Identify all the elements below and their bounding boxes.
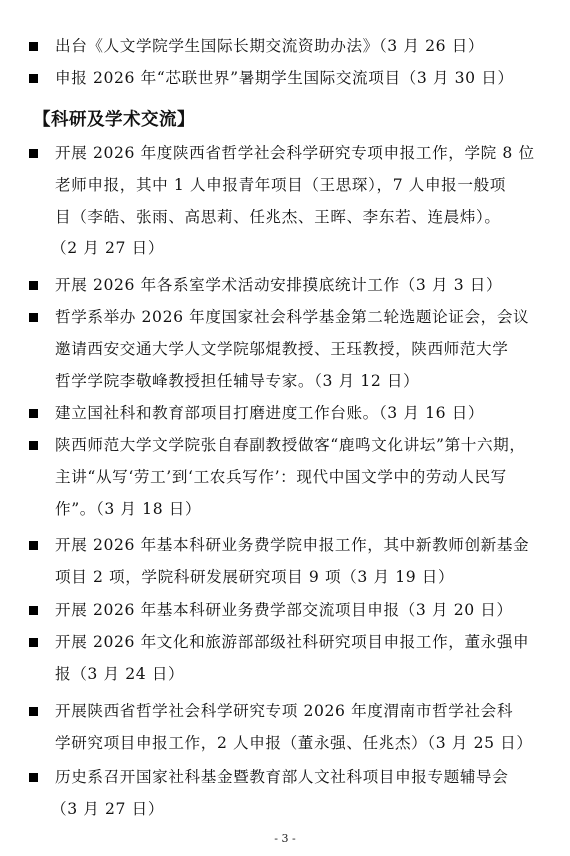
item-text: 开展 2026 年基本科研业务费学部交流项目申报（3 月 20 日） (55, 600, 513, 620)
item-text: 开展 2026 年文化和旅游部部级社科研究项目申报工作，董永强申 (55, 632, 529, 652)
square-bullet-icon (29, 42, 38, 51)
item-text: 项目 2 项，学院科研发展研究项目 9 项（3 月 19 日） (55, 567, 454, 587)
square-bullet-icon (29, 149, 38, 158)
square-bullet-icon (29, 773, 38, 782)
item-text: （2 月 27 日） (51, 238, 164, 258)
item-text: 哲学系举办 2026 年度国家社会科学基金第二轮选题论证会，会议 (55, 307, 529, 327)
item-text: 历史系召开国家社科基金暨教育部人文社科项目申报专题辅导会 (55, 767, 508, 787)
item-text: 建立国社科和教育部项目打磨进度工作台账。（3 月 16 日） (55, 403, 484, 423)
square-bullet-icon (29, 313, 38, 322)
item-text: （3 月 27 日） (51, 799, 164, 819)
item-text: 出台《人文学院学生国际长期交流资助办法》（3 月 26 日） (55, 36, 484, 56)
square-bullet-icon (29, 707, 38, 716)
item-text: 老师申报，其中 1 人申报青年项目（王思琛），7 人申报一般项 (55, 175, 506, 195)
item-text: 作”。（3 月 18 日） (55, 499, 201, 519)
item-text: 开展 2026 年基本科研业务费学院申报工作，其中新教师创新基金 (55, 535, 529, 555)
square-bullet-icon (29, 281, 38, 290)
square-bullet-icon (29, 409, 38, 418)
item-text: 哲学学院李敬峰教授担任辅导专家。（3 月 12 日） (55, 371, 419, 391)
item-text: 陕西师范大学文学院张自春副教授做客“鹿鸣文化讲坛”第十六期， (55, 435, 526, 455)
square-bullet-icon (29, 638, 38, 647)
item-text: 学研究项目申报工作，2 人申报（董永强、任兆杰）（3 月 25 日） (55, 733, 533, 753)
item-text: 开展 2026 年度陕西省哲学社会科学研究专项申报工作，学院 8 位 (55, 143, 535, 163)
square-bullet-icon (29, 441, 38, 450)
item-text: 开展陕西省哲学社会科学研究专项 2026 年度渭南市哲学社会科 (55, 701, 513, 721)
item-text: 申报 2026 年“芯联世界”暑期学生国际交流项目（3 月 30 日） (55, 68, 514, 88)
item-text: 主讲“从写‘劳工’到‘工农兵写作’：现代中国文学中的劳动人民写 (55, 467, 507, 487)
item-text: 邀请西安交通大学人文学院邬焜教授、王珏教授，陕西师范大学 (55, 339, 508, 359)
page-number: - 3 - (0, 832, 570, 845)
document-page: 出台《人文学院学生国际长期交流资助办法》（3 月 26 日） 申报 2026 年… (0, 0, 570, 856)
square-bullet-icon (29, 541, 38, 550)
item-text: 开展 2026 年各系室学术活动安排摸底统计工作（3 月 3 日） (55, 275, 502, 295)
square-bullet-icon (29, 606, 38, 615)
item-text: 目（李皓、张雨、高思莉、任兆杰、王晖、李东若、连晨炜）。 (55, 207, 501, 227)
section-heading: 【科研及学术交流】 (33, 109, 195, 131)
square-bullet-icon (29, 74, 38, 83)
item-text: 报（3 月 24 日） (55, 664, 184, 684)
